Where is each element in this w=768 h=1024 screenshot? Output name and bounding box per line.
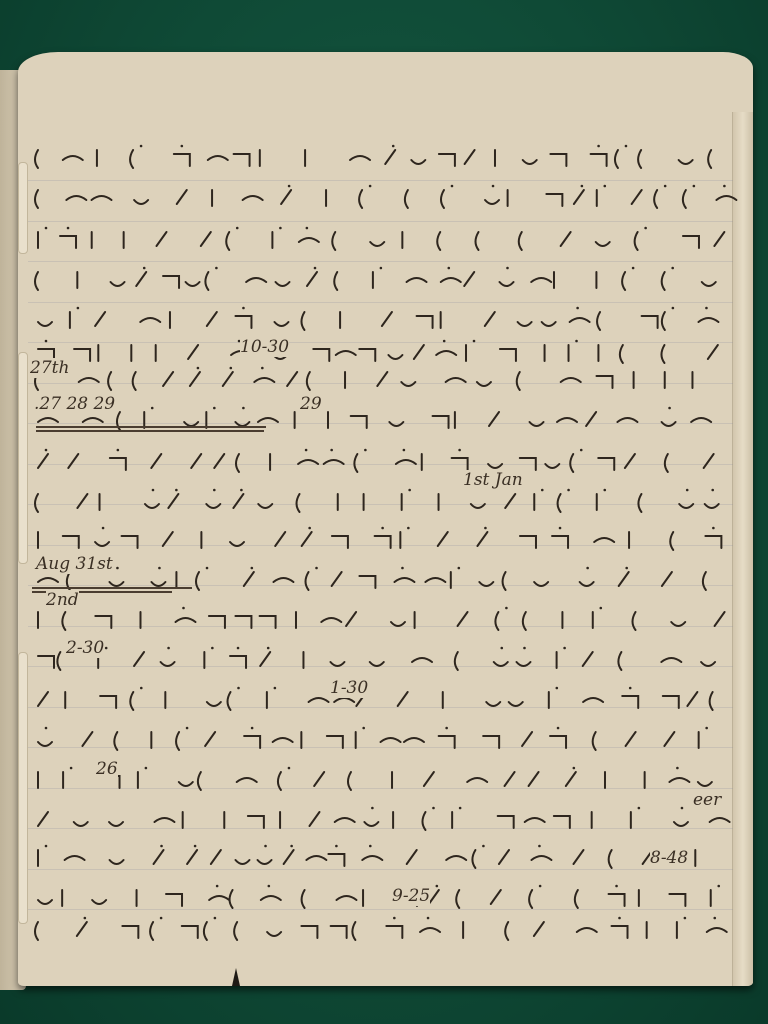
shorthand-stroke [477,532,487,546]
shorthand-stroke [211,850,221,864]
shorthand-stroke [714,232,724,246]
shorthand-stroke [586,412,596,426]
annotation-date-aug-31: Aug 31st [36,554,113,574]
shorthand-stroke [705,536,721,548]
shorthand-stroke [299,238,319,242]
shorthand-stroke [145,504,159,508]
shorthand-stroke [244,572,254,586]
shorthand-stroke [529,772,539,786]
shorthand-stroke [38,454,48,468]
shorthand-stroke [664,732,674,746]
annotation-time-925: 9-25 [392,886,430,906]
shorthand-stroke [716,196,736,200]
shorthand-stroke [503,572,506,590]
shorthand-stroke [545,464,559,468]
shorthand-stroke [523,612,526,630]
shorthand-stroke [122,926,138,938]
shorthand-stroke [529,890,532,908]
shorthand-stroke [324,460,344,464]
shorthand-stroke [237,778,257,782]
shorthand-stroke [188,345,198,359]
shorthand-stroke [154,850,164,864]
shorthand-stroke [596,376,612,388]
shorthand-stroke [391,622,405,626]
shorthand-stroke [638,494,641,512]
shorthand-stroke [489,412,499,426]
shorthand-stroke [619,572,629,586]
shorthand-stroke [260,616,276,628]
shorthand-stroke [179,782,193,786]
shorthand-stroke [530,422,544,426]
shorthand-stroke [223,372,233,386]
shorthand-stroke [570,318,590,322]
shorthand-stroke [77,494,87,508]
shorthand-stroke [163,276,179,288]
date-underline [36,426,266,428]
shorthand-stroke [505,922,508,940]
shorthand-stroke [615,150,618,168]
shorthand-stroke [177,190,187,204]
shorthand-stroke [182,926,198,938]
shorthand-stroke [109,582,123,586]
shorthand-stroke [82,732,92,746]
shorthand-stroke [35,190,38,208]
shorthand-stroke [612,926,628,938]
shorthand-stroke [350,156,370,160]
annotation-date-2nd: 2nd [46,590,79,610]
shorthand-stroke [441,278,461,282]
shorthand-stroke [633,612,636,630]
shorthand-stroke [703,572,706,590]
shorthand-stroke [136,272,146,286]
shorthand-stroke [79,378,99,382]
shorthand-stroke [662,312,665,330]
shorthand-stroke [248,816,264,828]
shorthand-stroke [552,536,568,548]
shorthand-stroke [494,662,508,666]
shorthand-stroke [698,782,712,786]
shorthand-stroke [235,616,251,628]
shorthand-stroke [687,692,697,706]
shorthand-stroke [377,372,387,386]
shorthand-stroke [156,232,166,246]
shorthand-stroke [663,696,679,708]
shorthand-stroke [130,692,133,710]
shorthand-stroke [485,312,495,326]
shorthand-stroke [500,349,516,361]
shorthand-stroke [707,928,727,932]
shorthand-stroke [298,460,318,464]
shorthand-stroke [198,772,201,790]
shorthand-stroke [38,812,48,826]
shorthand-stroke [63,156,83,160]
shorthand-stroke [472,850,475,868]
shorthand-stroke [669,778,689,782]
shorthand-stroke [411,160,425,164]
shorthand-stroke [168,494,178,508]
shorthand-stroke [190,372,200,386]
shorthand-stroke [133,372,136,390]
shorthand-stroke [301,312,304,330]
shorthand-stroke [509,702,523,706]
shorthand-stroke [525,818,545,822]
shorthand-stroke [209,616,225,628]
shorthand-stroke [234,922,237,940]
shorthand-stroke [328,854,344,866]
shorthand-stroke [130,150,133,168]
annotation-word-eer: eer [693,790,721,810]
shorthand-stroke [583,698,603,702]
page-tear [232,968,240,986]
shorthand-stroke [422,812,425,830]
shorthand-stroke [550,736,566,748]
shorthand-stroke [531,278,551,282]
shorthand-stroke [278,772,281,790]
annotation-time-1030: 10-30 [240,337,289,357]
shorthand-stroke [495,612,498,630]
shorthand-stroke [205,732,215,746]
shorthand-stroke [542,322,556,326]
shorthand-stroke [273,578,293,582]
shorthand-stroke [683,236,699,248]
shorthand-stroke [235,860,249,864]
shorthand-stroke [174,154,190,166]
shorthand-stroke [109,822,123,826]
shorthand-strokes [18,52,753,986]
shorthand-stroke [95,616,111,628]
shorthand-stroke [417,316,433,328]
shorthand-stroke [471,504,485,508]
shorthand-stroke [437,232,440,250]
shorthand-stroke [520,458,536,470]
shorthand-stroke [531,856,551,860]
shorthand-stroke [254,378,274,382]
shorthand-stroke [62,612,65,630]
shorthand-stroke [561,378,581,382]
shorthand-stroke [122,536,138,548]
shorthand-stroke [574,190,584,204]
shorthand-stroke [491,890,501,904]
shorthand-stroke [635,232,638,250]
shorthand-stroke [701,662,715,666]
shorthand-stroke [458,612,468,626]
shorthand-stroke [715,612,725,626]
shorthand-stroke [309,698,329,702]
shorthand-stroke [436,351,456,355]
shorthand-stroke [518,322,532,326]
shorthand-stroke [575,890,578,908]
shorthand-stroke [708,345,718,359]
shorthand-stroke [573,850,583,864]
shorthand-stroke [163,372,173,386]
shorthand-stroke [297,494,300,512]
shorthand-stroke [505,494,515,508]
shorthand-stroke [665,454,668,472]
shorthand-stroke [354,454,357,472]
shorthand-stroke [236,454,239,472]
shorthand-stroke [412,658,432,662]
shorthand-stroke [60,236,76,248]
shorthand-stroke [433,416,449,428]
shorthand-stroke [386,926,402,938]
shorthand-stroke [281,190,291,204]
shorthand-stroke [671,622,685,626]
shorthand-stroke [307,372,310,390]
shorthand-stroke [260,652,270,666]
shorthand-stroke [485,200,499,204]
annotation-first-jan: 1st Jan [463,470,523,490]
shorthand-stroke [334,698,354,702]
shorthand-stroke [597,312,600,330]
shorthand-stroke [476,232,479,250]
shorthand-stroke [401,382,415,386]
shorthand-stroke [100,696,116,708]
shorthand-stroke [662,422,676,426]
shorthand-stroke [110,860,124,864]
shorthand-stroke [258,504,272,508]
shorthand-stroke [206,504,220,508]
shorthand-stroke [204,922,207,940]
shorthand-stroke [704,454,714,468]
shorthand-stroke [66,196,86,200]
shorthand-stroke [439,736,455,748]
annotation-time-130: 1-30 [330,678,368,698]
shorthand-stroke [364,822,378,826]
shorthand-stroke [446,378,466,382]
annotation-time-230: 2-30 [66,638,104,658]
shorthand-stroke [209,896,229,900]
shorthand-stroke [385,150,395,164]
shorthand-stroke [620,345,623,363]
shorthand-stroke [359,190,362,208]
shorthand-stroke [580,582,594,586]
shorthand-stroke [554,816,570,828]
shorthand-stroke [446,856,466,860]
shorthand-stroke [276,282,290,286]
shorthand-stroke [330,662,344,666]
shorthand-stroke [710,818,730,822]
shorthand-stroke [196,572,199,590]
shorthand-stroke [452,458,468,470]
shorthand-stroke [654,190,657,208]
shorthand-stroke [35,922,38,940]
shorthand-stroke [313,349,329,361]
shorthand-stroke [38,900,52,904]
shorthand-stroke [258,418,278,422]
shorthand-stroke [154,818,174,822]
shorthand-stroke [150,922,153,940]
shorthand-stroke [92,196,112,200]
shorthand-stroke [134,200,148,204]
shorthand-stroke [287,372,297,386]
shorthand-stroke [519,232,522,250]
shorthand-stroke [598,458,614,470]
shorthand-stroke [477,382,491,386]
shorthand-stroke [441,190,444,208]
shorthand-stroke [246,278,266,282]
shorthand-stroke [479,582,493,586]
shorthand-stroke [488,464,502,468]
shorthand-stroke [609,894,625,906]
shorthand-stroke [151,582,165,586]
shorthand-stroke [618,652,621,670]
shorthand-stroke [594,538,614,542]
shorthand-stroke [570,454,573,472]
shorthand-stroke [679,160,693,164]
shorthand-stroke [258,860,272,864]
shorthand-stroke [517,372,520,390]
shorthand-stroke [175,618,195,622]
shorthand-stroke [516,662,530,666]
shorthand-stroke [522,732,532,746]
shorthand-stroke [381,738,401,742]
shorthand-stroke [38,578,58,582]
shorthand-stroke [661,345,664,363]
shorthand-stroke [284,850,294,864]
shorthand-stroke [439,154,455,166]
shorthand-stroke [38,742,52,746]
shorthand-stroke [465,150,475,164]
shorthand-stroke [38,656,54,668]
shorthand-stroke [500,282,514,286]
shorthand-stroke [275,532,285,546]
shorthand-stroke [214,454,224,468]
shorthand-stroke [77,922,87,936]
shorthand-stroke [334,272,337,290]
shorthand-stroke [558,494,561,512]
shorthand-stroke [583,652,593,666]
date-underline [32,587,192,589]
shorthand-stroke [110,458,126,470]
shorthand-stroke [505,772,515,786]
shorthand-stroke [38,322,52,326]
shorthand-stroke [230,656,246,668]
shorthand-stroke [306,572,309,590]
shorthand-stroke [228,692,231,710]
shorthand-stroke [375,536,391,548]
shorthand-stroke [414,345,424,359]
shorthand-stroke [230,890,233,908]
shorthand-stroke [359,349,375,361]
notebook-page [18,52,753,986]
shorthand-stroke [499,850,509,864]
shorthand-stroke [405,190,408,208]
annotation-date-29: 29 [300,394,322,414]
shorthand-stroke [226,232,229,250]
shorthand-stroke [348,772,351,790]
shorthand-stroke [309,812,319,826]
shorthand-stroke [35,272,38,290]
shorthand-stroke [661,658,681,662]
shorthand-stroke [622,696,638,708]
annotation-time-848: 8-48 [650,848,688,868]
shorthand-stroke [691,418,711,422]
shorthand-stroke [63,536,79,548]
shorthand-stroke [163,532,173,546]
shorthand-stroke [577,928,597,932]
shorthand-stroke [370,662,384,666]
shorthand-stroke [362,856,382,860]
shorthand-stroke [208,156,228,160]
shorthand-stroke [404,738,424,742]
shorthand-stroke [683,190,686,208]
shorthand-stroke [191,454,201,468]
shorthand-stroke [596,242,610,246]
shorthand-stroke [467,778,487,782]
shorthand-stroke [234,154,250,166]
shorthand-stroke [65,856,85,860]
annotation-num-26: 26 [96,759,118,779]
shorthand-stroke [95,312,105,326]
shorthand-stroke [625,454,635,468]
shorthand-stroke [307,272,317,286]
shorthand-stroke [626,732,636,746]
shorthand-stroke [425,578,445,582]
shorthand-stroke [114,732,117,750]
shorthand-stroke [302,532,312,546]
shorthand-stroke [609,850,612,868]
shorthand-stroke [438,532,448,546]
shorthand-stroke [83,418,103,422]
shorthand-stroke [335,818,355,822]
shorthand-stroke [38,692,48,706]
shorthand-stroke [534,922,544,936]
shorthand-stroke [336,351,356,355]
shorthand-stroke [394,578,414,582]
shorthand-stroke [632,190,642,204]
shorthand-stroke [235,316,251,328]
shorthand-stroke [331,926,347,938]
shorthand-stroke [161,662,175,666]
shorthand-stroke [550,154,566,166]
shorthand-stroke [498,816,514,828]
date-underline [36,430,264,432]
shorthand-stroke [233,494,243,508]
shorthand-stroke [483,736,499,748]
shorthand-stroke [140,318,160,322]
shorthand-stroke [407,278,427,282]
shorthand-stroke [327,736,343,748]
shorthand-stroke [398,692,408,706]
shorthand-stroke [244,736,260,748]
shorthand-stroke [388,355,402,359]
shorthand-stroke [267,932,281,936]
shorthand-stroke [674,822,688,826]
shorthand-stroke [455,652,458,670]
shorthand-stroke [566,772,576,786]
shorthand-stroke [332,572,342,586]
shorthand-stroke [201,232,211,246]
shorthand-stroke [346,612,356,626]
shorthand-stroke [95,542,109,546]
shorthand-stroke [35,494,38,512]
shorthand-stroke [301,926,317,938]
shorthand-stroke [424,772,434,786]
annotation-date-27th: 27th [30,358,69,378]
shorthand-stroke [591,154,607,166]
shorthand-stroke [38,418,58,422]
shorthand-stroke [679,504,693,508]
shorthand-stroke [370,242,384,246]
shorthand-stroke [74,349,90,361]
shorthand-stroke [359,576,375,588]
shorthand-stroke [273,738,293,742]
shorthand-stroke [321,618,341,622]
shorthand-stroke [230,542,244,546]
shorthand-stroke [207,702,221,706]
shorthand-stroke [332,232,335,250]
shorthand-stroke [622,272,625,290]
